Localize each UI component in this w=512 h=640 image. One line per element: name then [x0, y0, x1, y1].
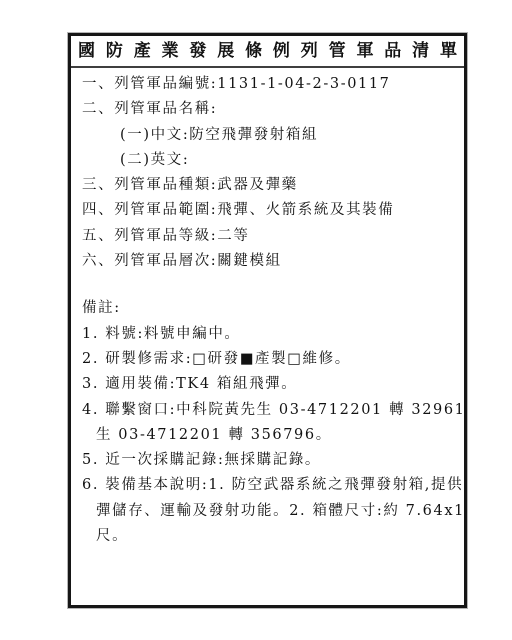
- note-4: 4. 聯繫窗口:中科院黃先生 03-4712201 轉 329614、中科院陳先…: [82, 398, 456, 449]
- list-item-1: 一、列管軍品編號:1131-1-04-2-3-0117: [82, 72, 456, 97]
- document-page: 國防產業發展條例列管軍品清單 一、列管軍品編號:1131-1-04-2-3-01…: [0, 0, 512, 640]
- list-item-6: 六、列管軍品層次:關鍵模組: [82, 249, 456, 274]
- document-frame: 國防產業發展條例列管軍品清單 一、列管軍品編號:1131-1-04-2-3-01…: [68, 33, 467, 608]
- note-line-continuation: 尺。: [82, 524, 456, 549]
- note-5: 5. 近一次採購記錄:無採購記錄。: [82, 448, 456, 473]
- note-line: 5. 近一次採購記錄:無採購記錄。: [82, 448, 456, 473]
- note-line: 1. 料號:料號申編中。: [82, 322, 456, 347]
- note-2: 2. 研製修需求:□研發■產製□維修。: [82, 347, 456, 372]
- document-title-bar: 國防產業發展條例列管軍品清單: [71, 36, 464, 68]
- note-1: 1. 料號:料號申編中。: [82, 322, 456, 347]
- note-3: 3. 適用裝備:TK4 箱組飛彈。: [82, 372, 456, 397]
- note-line-continuation: 彈儲存、運輸及發射功能。2. 箱體尺寸:約 7.64x1.1x1.1 公: [82, 499, 456, 524]
- list-item-5: 五、列管軍品等級:二等: [82, 224, 456, 249]
- notes-header: 備註:: [82, 296, 456, 321]
- document-body: 一、列管軍品編號:1131-1-04-2-3-0117 二、列管軍品名稱: (一…: [71, 68, 464, 549]
- list-item-2: 二、列管軍品名稱:: [82, 97, 456, 122]
- list-item-2-sub-2: (二)英文:: [82, 148, 456, 173]
- list-item-3: 三、列管軍品種類:武器及彈藥: [82, 173, 456, 198]
- section-gap: [82, 274, 456, 296]
- list-item-4: 四、列管軍品範圍:飛彈、火箭系統及其裝備: [82, 198, 456, 223]
- note-line: 4. 聯繫窗口:中科院黃先生 03-4712201 轉 329614、中科院陳先: [82, 398, 456, 423]
- note-6: 6. 裝備基本說明:1. 防空武器系統之飛彈發射箱,提供防空飛 彈儲存、運輸及發…: [82, 473, 456, 549]
- note-line: 6. 裝備基本說明:1. 防空武器系統之飛彈發射箱,提供防空飛: [82, 473, 456, 498]
- document-title: 國防產業發展條例列管軍品清單: [71, 43, 464, 60]
- note-line-with-checkboxes: 2. 研製修需求:□研發■產製□維修。: [82, 347, 456, 372]
- note-line: 3. 適用裝備:TK4 箱組飛彈。: [82, 372, 456, 397]
- list-item-2-sub-1: (一)中文:防空飛彈發射箱組: [82, 123, 456, 148]
- note-line-continuation: 生 03-4712201 轉 356796。: [82, 423, 456, 448]
